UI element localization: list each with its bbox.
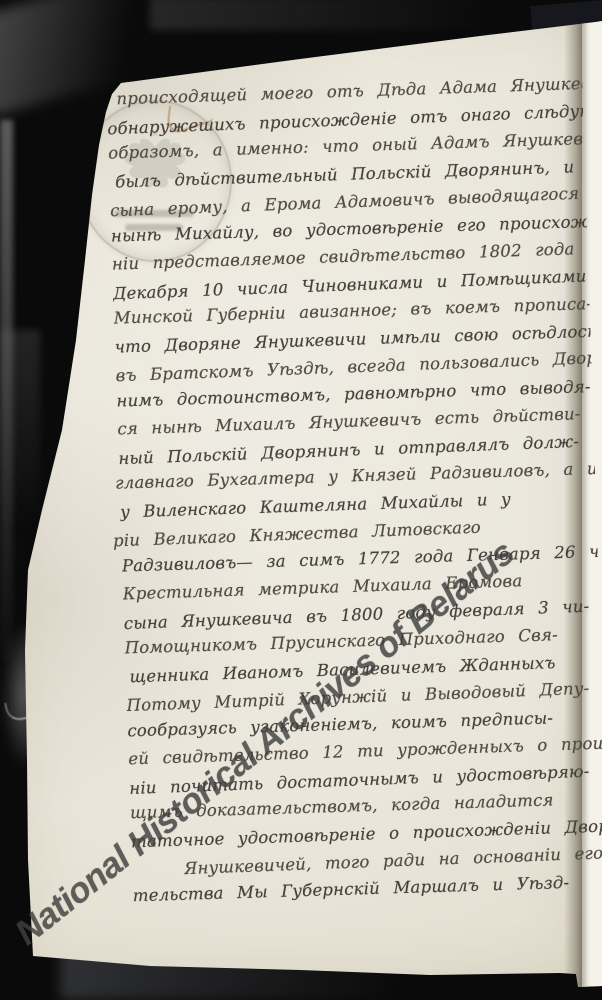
manuscript-page: происходящей моего отъ Дѣда Адама Янушке… xyxy=(0,0,602,1000)
cloth-fold xyxy=(150,0,580,30)
cloth-fold xyxy=(0,330,40,530)
archival-document-photo: происходящей моего отъ Дѣда Адама Янушке… xyxy=(0,0,602,1000)
ink-smudge xyxy=(150,56,221,72)
cloth-fold xyxy=(0,120,13,660)
